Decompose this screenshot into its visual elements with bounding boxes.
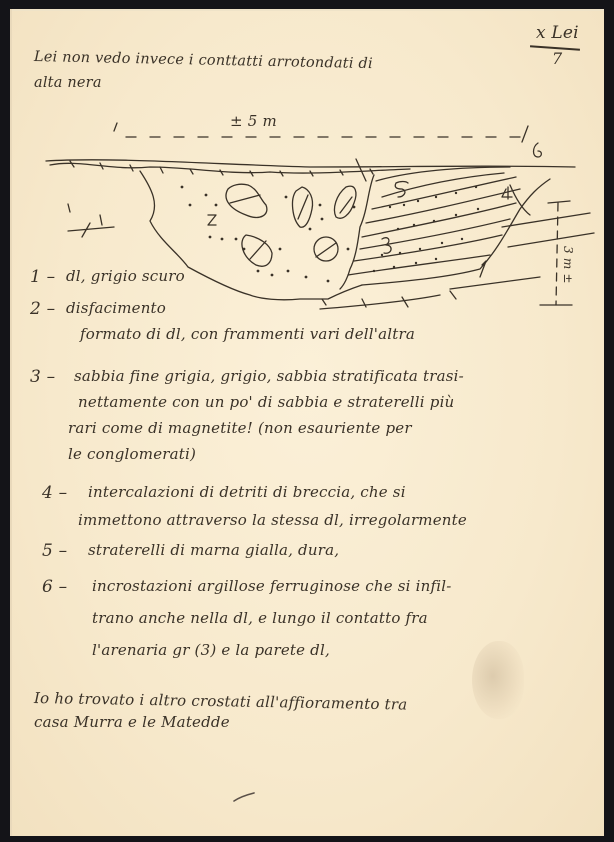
legend-3-line-2: nettamente con un po' di sabbia e strate… xyxy=(78,393,454,411)
legend-6-line-2: trano anche nella dl, e lungo il contatt… xyxy=(92,609,428,627)
legend-1-line-1: dl, grigio scuro xyxy=(66,267,185,285)
legend-5-line-1: straterelli di marna gialla, dura, xyxy=(88,541,339,559)
legend-num-3: 3 – xyxy=(30,367,55,387)
legend-4-line-1: intercalazioni di detriti di breccia, ch… xyxy=(88,483,406,501)
legend-6-line-3: l'arenaria gr (3) e la parete dl, xyxy=(92,641,330,659)
legend-num-6: 6 – xyxy=(42,577,67,597)
ink-mark xyxy=(232,791,256,805)
legend-num-2: 2 – xyxy=(30,299,55,319)
legend-4-line-2: immettono attraverso la stessa dl, irreg… xyxy=(78,511,467,529)
legend-num-5: 5 – xyxy=(42,541,67,561)
footer-line-2: casa Murra e le Matedde xyxy=(34,713,230,731)
legend-2-line-2: formato di dl, con frammenti vari dell'a… xyxy=(80,325,415,343)
legend-3-line-4: le conglomerati) xyxy=(68,445,196,463)
legend-num-1: 1 – xyxy=(30,267,55,287)
notebook-page: x Lei 7 Lei non vedo invece i conttatti … xyxy=(10,9,604,836)
legend-3-line-3: rari come di magnetite! (non esauriente … xyxy=(68,419,412,437)
legend-2-line-1: disfacimento xyxy=(66,299,166,317)
legend-3-line-1: sabbia fine grigia, grigio, sabbia strat… xyxy=(74,367,464,385)
legend-num-4: 4 – xyxy=(42,483,67,503)
legend-6-line-1: incrostazioni argillose ferruginose che … xyxy=(92,577,451,595)
